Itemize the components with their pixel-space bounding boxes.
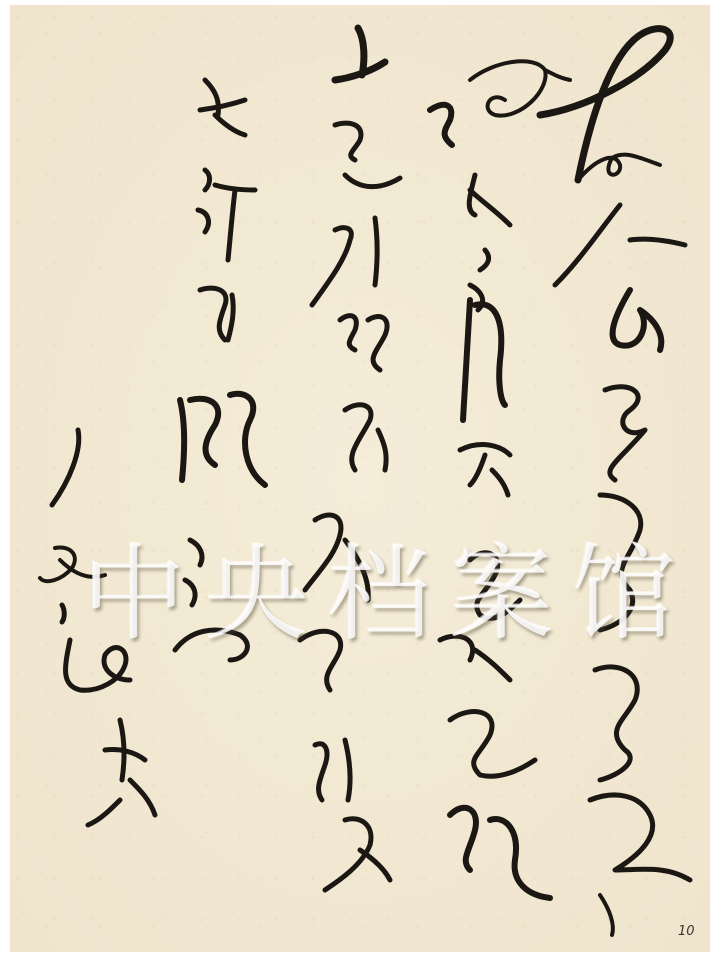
column-2-strokes — [430, 61, 570, 898]
column-1-strokes — [540, 29, 690, 935]
column-4-strokes — [175, 80, 265, 660]
signature-strokes — [40, 430, 155, 825]
calligraphy-ink — [0, 0, 720, 959]
page-number: 10 — [678, 924, 695, 939]
column-3-strokes — [300, 28, 400, 890]
